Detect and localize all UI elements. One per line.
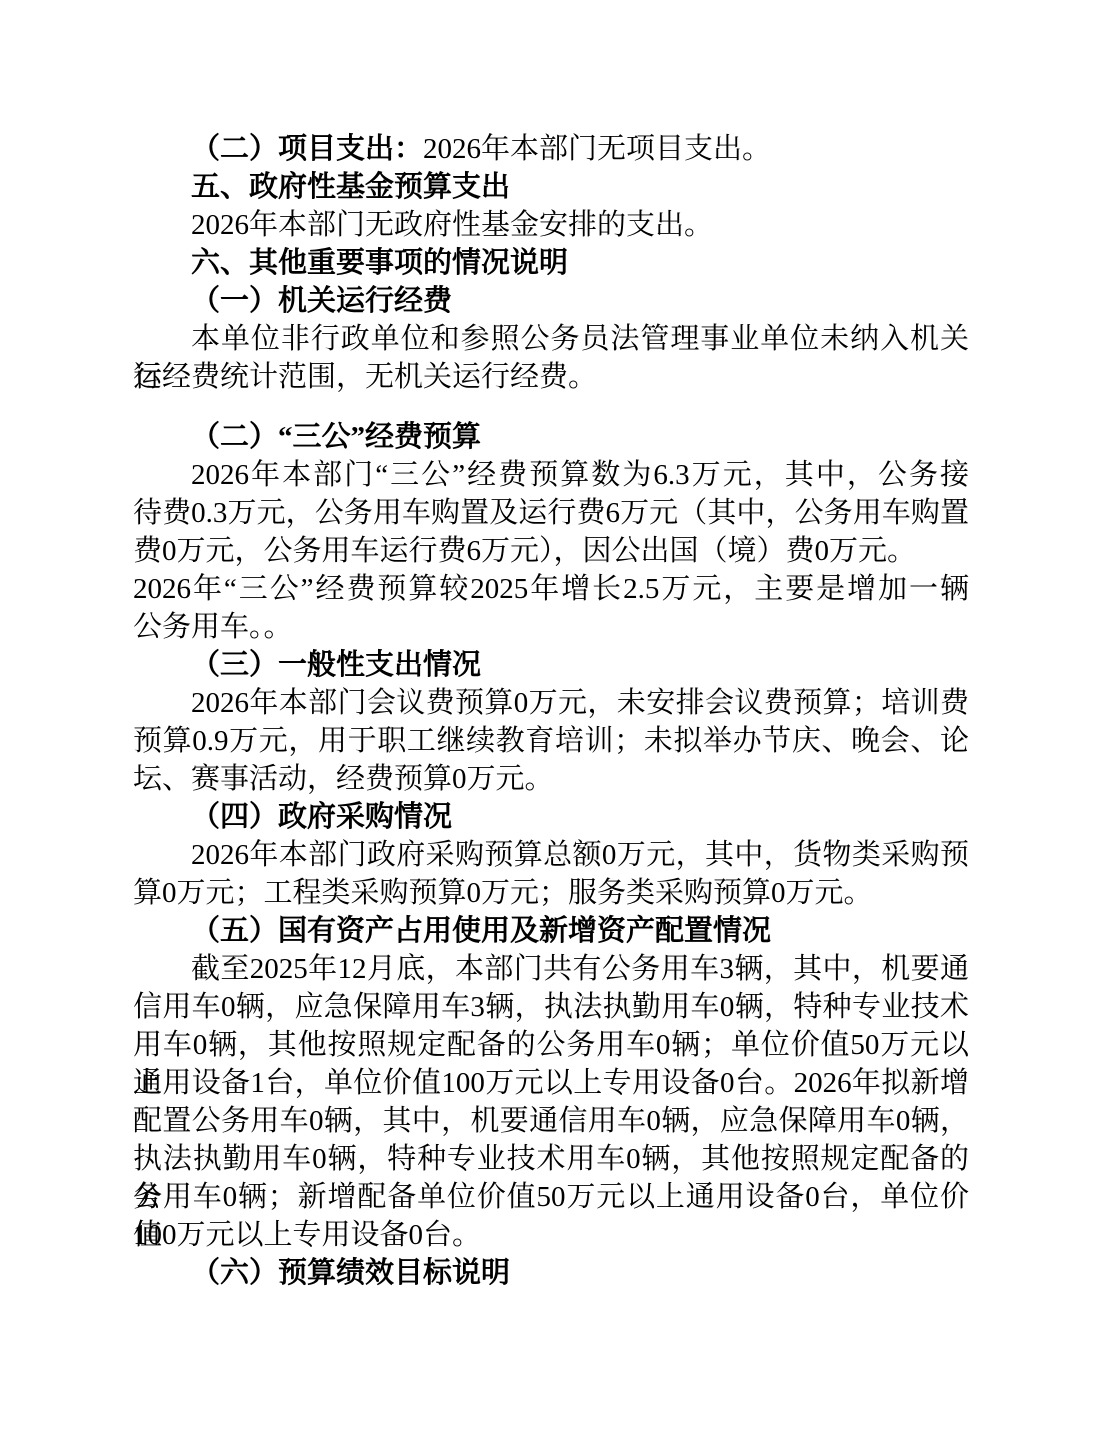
- text-segment: 2026年本部门会议费预算0万元，未安排会议费预算；培训费: [191, 687, 969, 719]
- bold-text-segment: （二）项目支出：: [191, 133, 423, 165]
- text-line: 2026年本部门会议费预算0万元，未安排会议费预算；培训费: [133, 684, 969, 722]
- text-segment: 信用车0辆，应急保障用车3辆，执法执勤用车0辆，特种专业技术: [133, 991, 969, 1023]
- text-segment: 公务用车。。: [133, 611, 293, 643]
- heading-line: （四）政府采购情况: [133, 798, 969, 836]
- text-line: 务用车0辆；新增配备单位价值50万元以上通用设备0台，单位价值: [133, 1178, 969, 1216]
- text-line: 100万元以上专用设备0台。: [133, 1216, 969, 1254]
- text-line: 2026年“三公”经费预算较2025年增长2.5万元，主要是增加一辆: [133, 570, 969, 608]
- text-line: 预算0.9万元，用于职工继续教育培训；未拟举办节庆、晚会、论: [133, 722, 969, 760]
- text-line: 2026年本部门无政府性基金安排的支出。: [133, 206, 969, 244]
- document-page: （二）项目支出：2026年本部门无项目支出。五、政府性基金预算支出2026年本部…: [0, 0, 1105, 1430]
- bold-text-segment: 六、其他重要事项的情况说明: [191, 247, 568, 279]
- bold-text-segment: （一）机关运行经费: [191, 285, 452, 317]
- bold-text-segment: （三）一般性支出情况: [191, 649, 481, 681]
- heading-line: 六、其他重要事项的情况说明: [133, 244, 969, 282]
- text-segment: 配置公务用车0辆，其中，机要通信用车0辆，应急保障用车0辆，: [133, 1105, 969, 1137]
- bold-text-segment: 五、政府性基金预算支出: [191, 171, 510, 203]
- text-segment: 2026年本部门“三公”经费预算数为6.3万元，其中，公务接: [191, 459, 969, 491]
- text-segment: 截至2025年12月底，本部门共有公务用车3辆，其中，机要通: [191, 953, 969, 985]
- text-segment: 通用设备1台，单位价值100万元以上专用设备0台。2026年拟新增: [133, 1067, 969, 1099]
- text-segment: 算0万元；工程类采购预算0万元；服务类采购预算0万元。: [133, 877, 873, 909]
- text-line: 2026年本部门政府采购预算总额0万元，其中，货物类采购预: [133, 836, 969, 874]
- text-line: 费0万元，公务用车运行费6万元），因公出国（境）费0万元。: [133, 532, 969, 570]
- text-line: 坛、赛事活动，经费预算0万元。: [133, 760, 969, 798]
- bold-text-segment: （六）预算绩效目标说明: [191, 1257, 510, 1289]
- text-line: 通用设备1台，单位价值100万元以上专用设备0台。2026年拟新增: [133, 1064, 969, 1102]
- bold-text-segment: （五）国有资产占用使用及新增资产配置情况: [191, 915, 771, 947]
- text-segment: 行经费统计范围，无机关运行经费。: [133, 361, 597, 393]
- text-segment: 2026年本部门无项目支出。: [423, 133, 771, 165]
- text-segment: 100万元以上专用设备0台。: [133, 1219, 481, 1251]
- text-line: 算0万元；工程类采购预算0万元；服务类采购预算0万元。: [133, 874, 969, 912]
- text-line: （二）项目支出：2026年本部门无项目支出。: [133, 130, 969, 168]
- text-segment: 2026年“三公”经费预算较2025年增长2.5万元，主要是增加一辆: [133, 573, 969, 605]
- heading-line: 五、政府性基金预算支出: [133, 168, 969, 206]
- heading-line: （六）预算绩效目标说明: [133, 1254, 969, 1292]
- text-segment: 待费0.3万元，公务用车购置及运行费6万元（其中，公务用车购置: [133, 497, 969, 529]
- text-segment: 费0万元，公务用车运行费6万元），因公出国（境）费0万元。: [133, 535, 916, 567]
- bold-text-segment: （二）“三公”经费预算: [191, 421, 481, 453]
- text-line: 待费0.3万元，公务用车购置及运行费6万元（其中，公务用车购置: [133, 494, 969, 532]
- text-segment: 预算0.9万元，用于职工继续教育培训；未拟举办节庆、晚会、论: [133, 725, 969, 757]
- heading-line: （二）“三公”经费预算: [133, 418, 969, 456]
- text-line: 执法执勤用车0辆，特种专业技术用车0辆，其他按照规定配备的公: [133, 1140, 969, 1178]
- text-segment: 2026年本部门政府采购预算总额0万元，其中，货物类采购预: [191, 839, 969, 871]
- text-segment: 2026年本部门无政府性基金安排的支出。: [191, 209, 713, 241]
- text-line: 配置公务用车0辆，其中，机要通信用车0辆，应急保障用车0辆，: [133, 1102, 969, 1140]
- heading-line: （一）机关运行经费: [133, 282, 969, 320]
- document-body: （二）项目支出：2026年本部门无项目支出。五、政府性基金预算支出2026年本部…: [133, 130, 969, 1292]
- text-line: 2026年本部门“三公”经费预算数为6.3万元，其中，公务接: [133, 456, 969, 494]
- bold-text-segment: （四）政府采购情况: [191, 801, 452, 833]
- heading-line: （三）一般性支出情况: [133, 646, 969, 684]
- text-line: 行经费统计范围，无机关运行经费。: [133, 358, 969, 396]
- text-line: 公务用车。。: [133, 608, 969, 646]
- text-line: 用车0辆，其他按照规定配备的公务用车0辆；单位价值50万元以上: [133, 1026, 969, 1064]
- text-line: 本单位非行政单位和参照公务员法管理事业单位未纳入机关运: [133, 320, 969, 358]
- text-line: 截至2025年12月底，本部门共有公务用车3辆，其中，机要通: [133, 950, 969, 988]
- text-line: 信用车0辆，应急保障用车3辆，执法执勤用车0辆，特种专业技术: [133, 988, 969, 1026]
- heading-line: （五）国有资产占用使用及新增资产配置情况: [133, 912, 969, 950]
- text-segment: 坛、赛事活动，经费预算0万元。: [133, 763, 554, 795]
